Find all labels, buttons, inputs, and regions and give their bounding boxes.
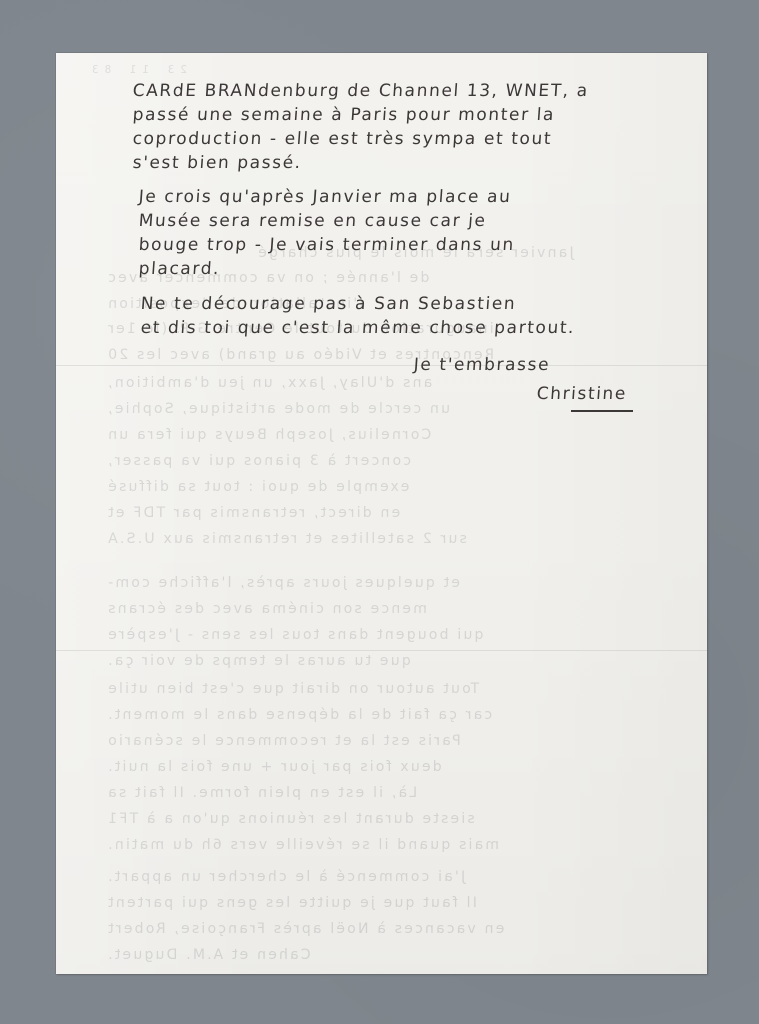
letter-line: Ne te décourage pas à San Sebastien bbox=[140, 294, 517, 314]
closing: Je t'embrasse bbox=[413, 355, 551, 375]
letter-page: 23 11 83 Janvier sera le mois le plus ch… bbox=[56, 53, 707, 974]
letter-line: coproduction - elle est très sympa et to… bbox=[132, 129, 553, 149]
letter-body: CARdE BRANdenburg de Channel 13, WNET, a… bbox=[56, 53, 707, 974]
letter-line: passé une semaine à Paris pour monter la bbox=[132, 105, 556, 125]
letter-line: CARdE BRANdenburg de Channel 13, WNET, a bbox=[132, 81, 589, 101]
signature-underline bbox=[571, 410, 633, 412]
letter-line: Je crois qu'après Janvier ma place au bbox=[138, 187, 512, 207]
letter-line: bouge trop - Je vais terminer dans un bbox=[138, 235, 515, 255]
letter-line: et dis toi que c'est la même chose parto… bbox=[140, 318, 576, 338]
signature: Christine bbox=[536, 384, 628, 404]
letter-line: s'est bien passé. bbox=[132, 153, 302, 173]
letter-line: placard. bbox=[138, 259, 221, 279]
letter-line: Musée sera remise en cause car je bbox=[138, 211, 487, 231]
